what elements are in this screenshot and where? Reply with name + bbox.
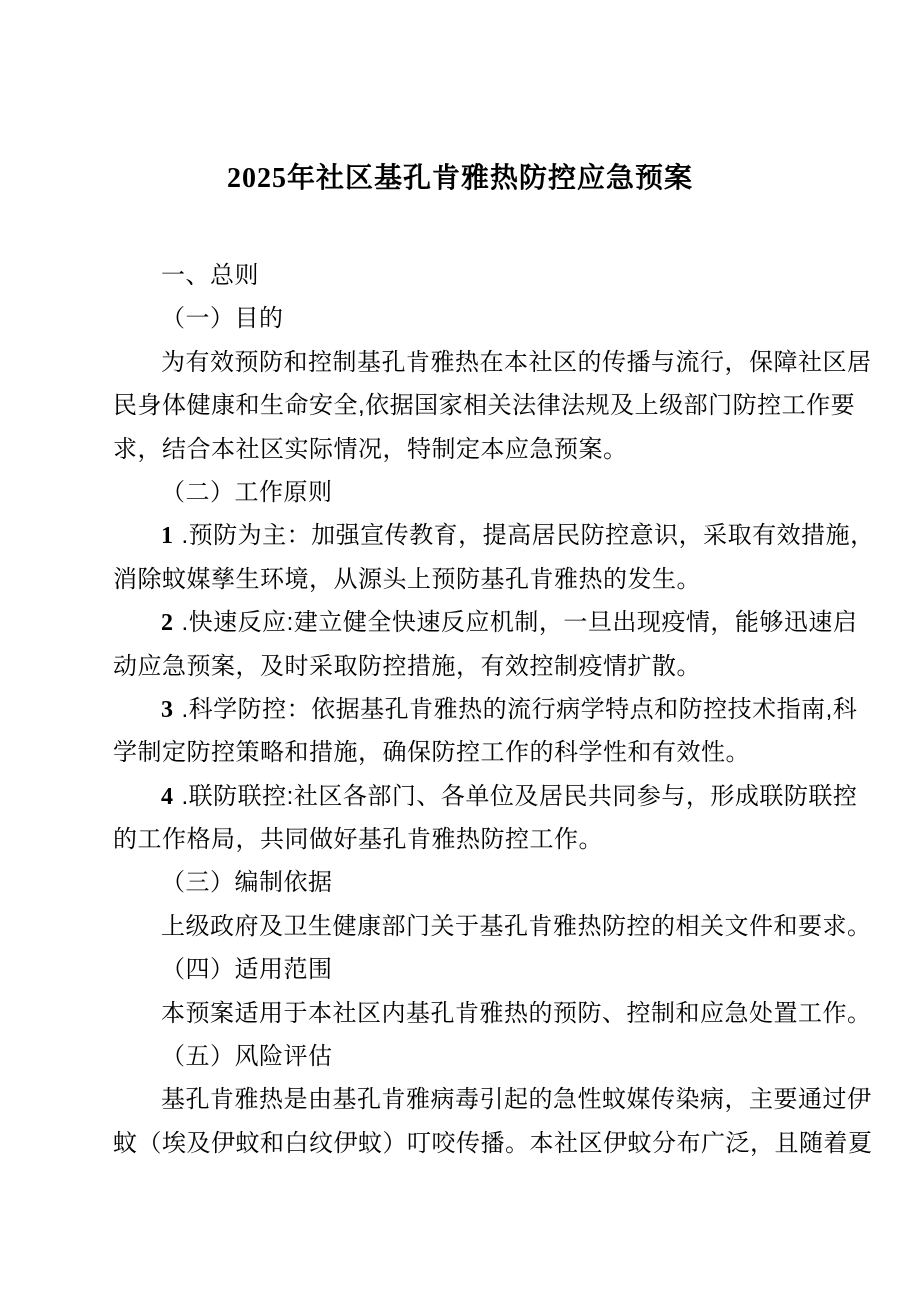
principle-3-line-1: 3.科学防控：依据基孔肯雅热的流行病学特点和防控技术指南,科 (113, 688, 873, 731)
document-title: 2025年社区基孔肯雅热防控应急预案 (0, 156, 920, 196)
principle-3-text: .科学防控：依据基孔肯雅热的流行病学特点和防控技术指南,科 (182, 696, 858, 723)
paragraph-risk-line-2: 蚊（埃及伊蚊和白纹伊蚊）叮咬传播。本社区伊蚊分布广泛，且随着夏 (113, 1122, 873, 1165)
document-body: 一、总则 （一）目的 为有效预防和控制基孔肯雅热在本社区的传播与流行，保障社区居… (113, 254, 873, 1165)
principle-2-line-2: 动应急预案，及时采取防控措施，有效控制疫情扩散。 (113, 645, 873, 688)
paragraph-purpose-line-3: 求，结合本社区实际情况，特制定本应急预案。 (113, 428, 873, 471)
principle-2-number: 2 (161, 610, 174, 636)
principle-2-line-1: 2.快速反应:建立健全快速反应机制，一旦出现疫情，能够迅速启 (113, 601, 873, 644)
principle-4-line-1: 4.联防联控:社区各部门、各单位及居民共同参与，形成联防联控 (113, 775, 873, 818)
principle-2-text: .快速反应:建立健全快速反应机制，一旦出现疫情，能够迅速启 (182, 609, 858, 636)
paragraph-scope: 本预案适用于本社区内基孔肯雅热的预防、控制和应急处置工作。 (113, 992, 873, 1035)
principle-4-text: .联防联控:社区各部门、各单位及居民共同参与，形成联防联控 (182, 783, 858, 810)
subsection-heading-risk: （五）风险评估 (113, 1035, 873, 1078)
subsection-heading-principles: （二）工作原则 (113, 471, 873, 514)
document-title-year: 2025 (227, 163, 287, 194)
principle-3-line-2: 学制定防控策略和措施，确保防控工作的科学性和有效性。 (113, 731, 873, 774)
paragraph-risk-line-1: 基孔肯雅热是由基孔肯雅病毒引起的急性蚊媒传染病，主要通过伊 (113, 1078, 873, 1121)
principle-1-line-2: 消除蚊媒孳生环境，从源头上预防基孔肯雅热的发生。 (113, 558, 873, 601)
principle-4-line-2: 的工作格局，共同做好基孔肯雅热防控工作。 (113, 818, 873, 861)
principle-1-line-1: 1.预防为主：加强宣传教育，提高居民防控意识，采取有效措施， (113, 514, 873, 557)
document-page: 2025年社区基孔肯雅热防控应急预案 一、总则 （一）目的 为有效预防和控制基孔… (0, 0, 920, 1301)
principle-4-number: 4 (161, 784, 174, 810)
principle-1-number: 1 (161, 523, 174, 549)
subsection-heading-basis: （三）编制依据 (113, 861, 873, 904)
section-heading-general: 一、总则 (113, 254, 873, 297)
principle-3-number: 3 (161, 697, 174, 723)
principle-1-text: .预防为主：加强宣传教育，提高居民防控意识，采取有效措施， (182, 522, 875, 549)
subsection-heading-scope: （四）适用范围 (113, 948, 873, 991)
paragraph-basis: 上级政府及卫生健康部门关于基孔肯雅热防控的相关文件和要求。 (113, 905, 873, 948)
subsection-heading-purpose: （一）目的 (113, 297, 873, 340)
document-title-text: 年社区基孔肯雅热防控应急预案 (287, 162, 693, 193)
paragraph-purpose-line-1: 为有效预防和控制基孔肯雅热在本社区的传播与流行，保障社区居 (113, 341, 873, 384)
paragraph-purpose-line-2: 民身体健康和生命安全,依据国家相关法律法规及上级部门防控工作要 (113, 384, 873, 427)
